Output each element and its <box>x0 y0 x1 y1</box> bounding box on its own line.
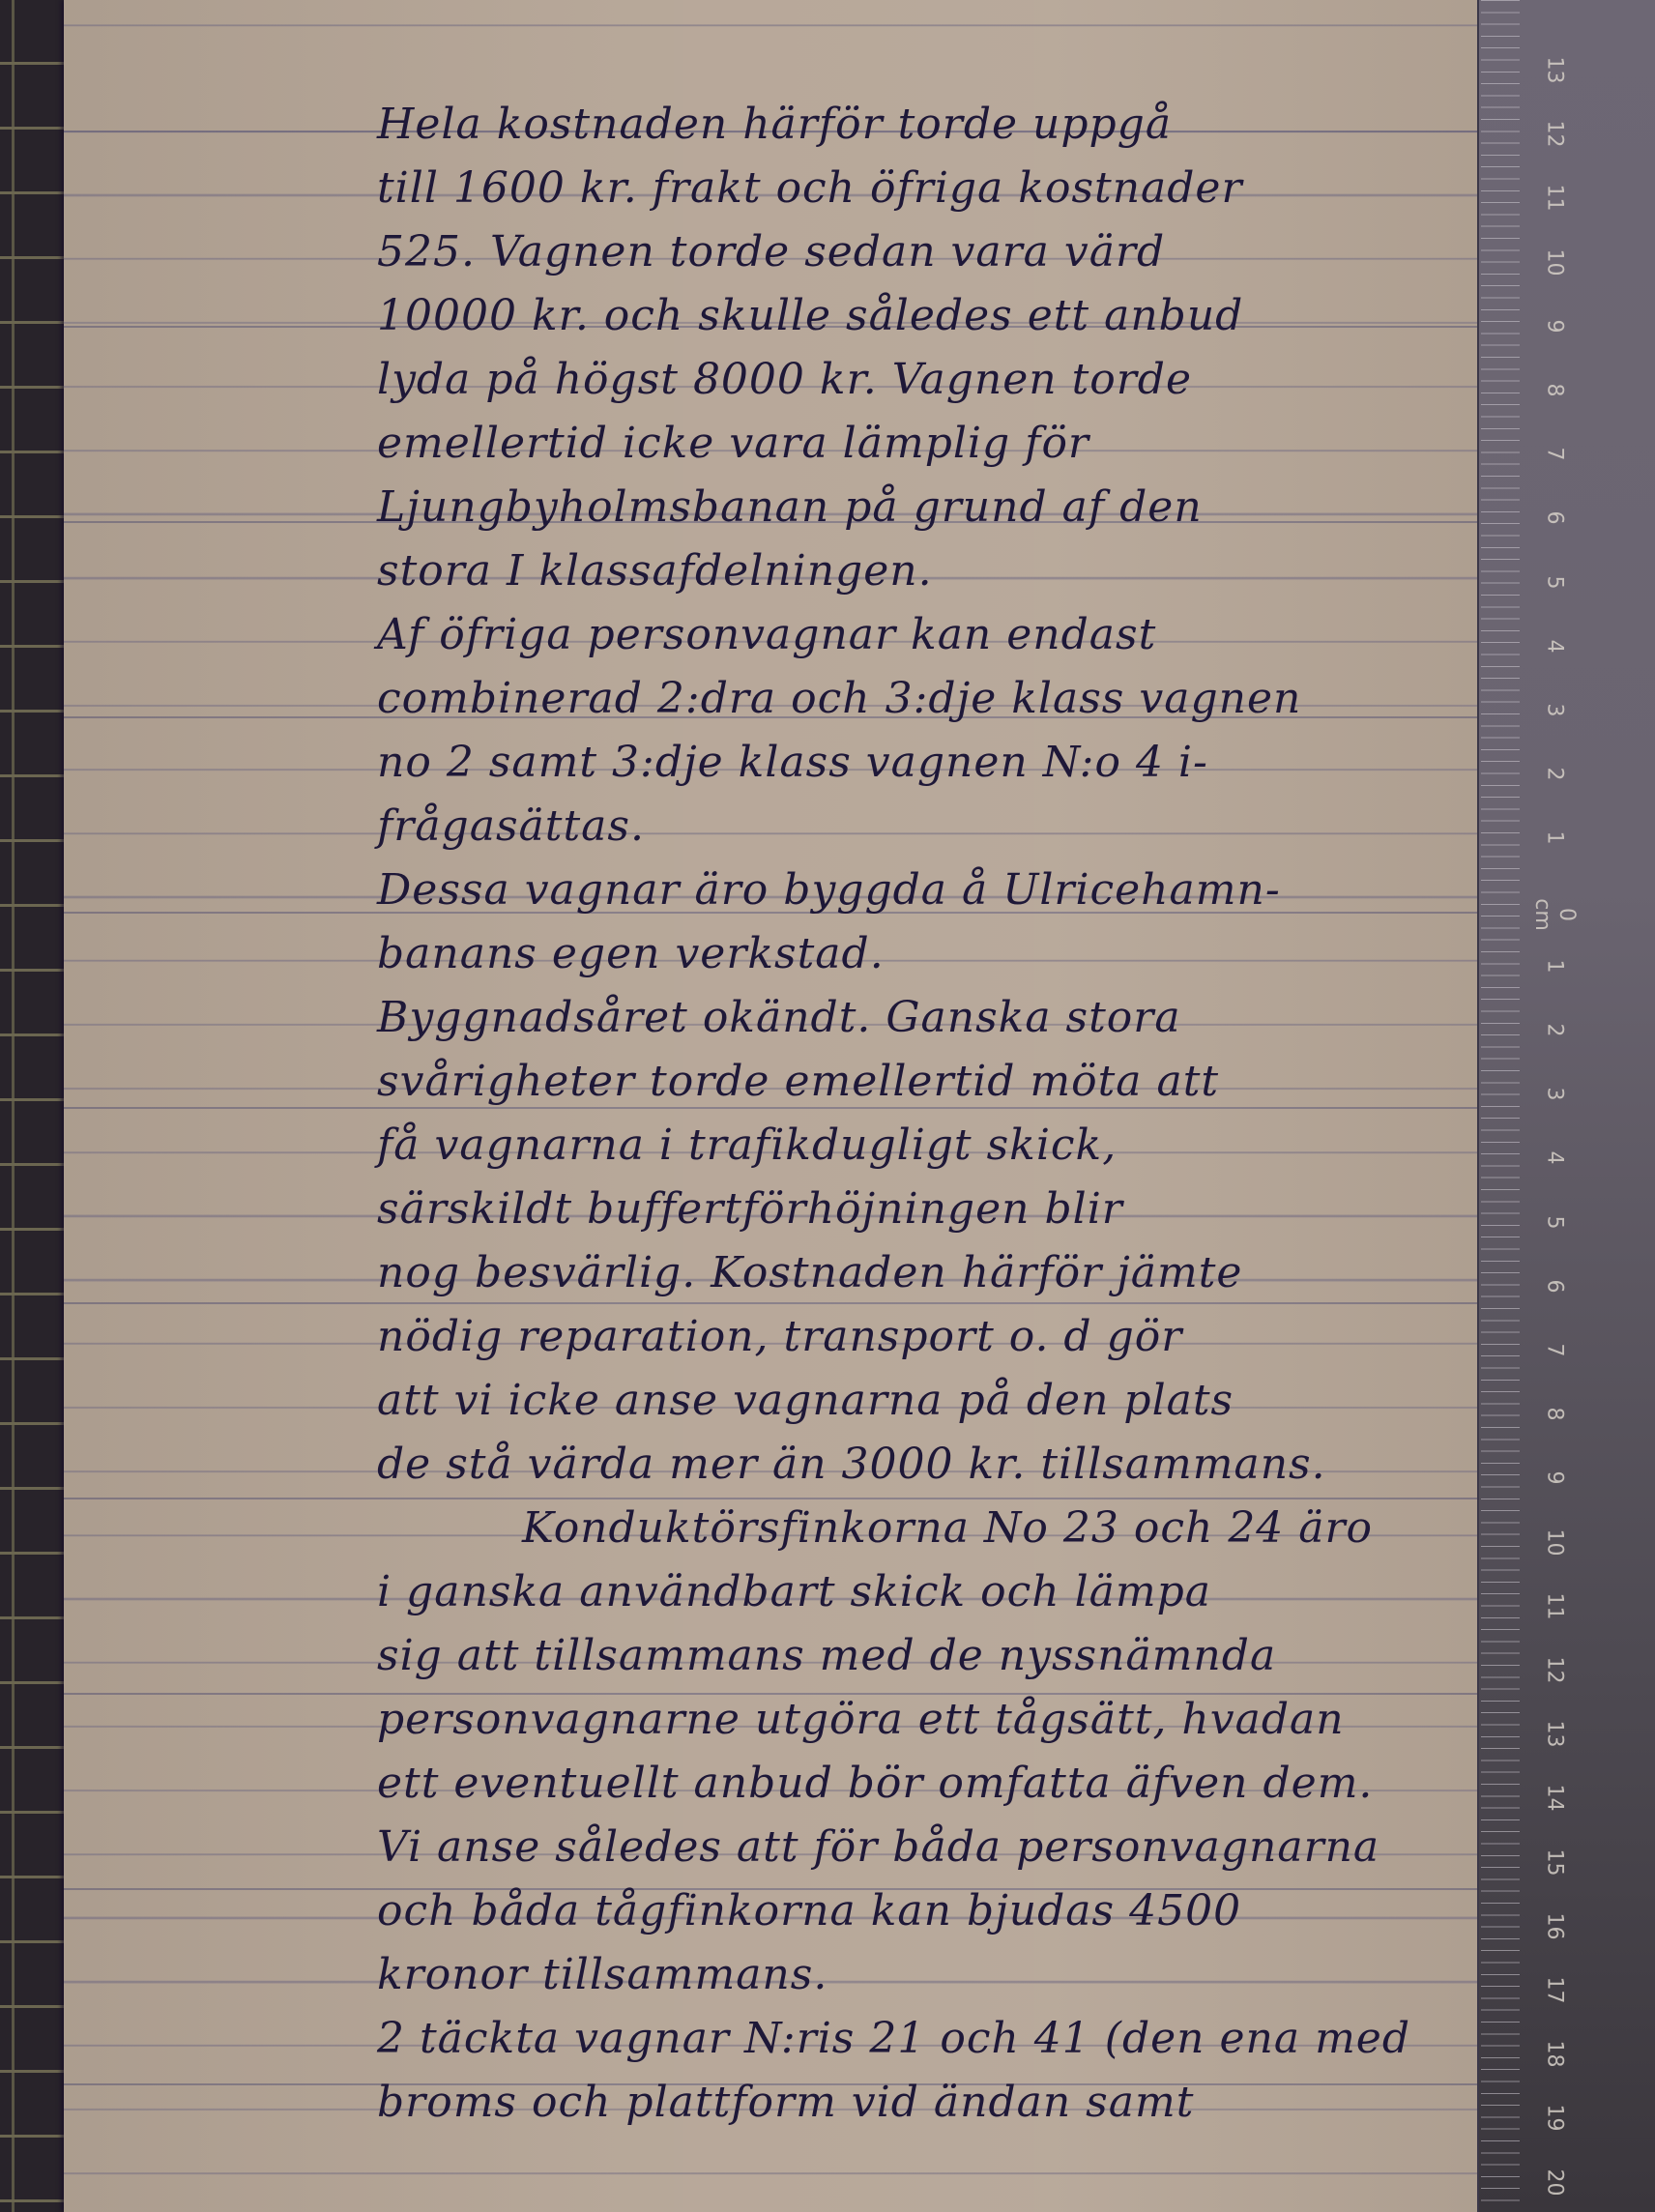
ruler-number: 10 <box>1543 243 1567 281</box>
measuring-ruler: 131211109876543210 cm1234567891011121314… <box>1477 0 1655 2212</box>
ruler-number: 13 <box>1543 51 1567 90</box>
ruler-number: 16 <box>1543 1906 1567 1945</box>
text-line: combinerad 2:dra och 3:dje klass vagnen <box>377 667 1479 731</box>
ruler-number: 7 <box>1543 435 1567 474</box>
text-line: de stå värda mer än 3000 kr. tillsammans… <box>377 1433 1479 1497</box>
ruler-number: 9 <box>1543 1459 1567 1498</box>
ruler-number: 6 <box>1543 1266 1567 1305</box>
handwritten-text: Hela kostnaden härför torde uppgå till 1… <box>377 93 1479 2135</box>
text-line: att vi icke anse vagnarna på den plats <box>377 1369 1479 1433</box>
text-line-indented: Konduktörsfinkorna No 23 och 24 äro <box>377 1497 1479 1560</box>
ruler-number: 14 <box>1543 1779 1567 1818</box>
text-line: emellertid icke vara lämplig för <box>377 412 1479 476</box>
text-line: Dessa vagnar äro byggda å Ulricehamn- <box>377 859 1479 922</box>
text-line: i ganska användbart skick och lämpa <box>377 1560 1479 1624</box>
ruler-number: 5 <box>1543 563 1567 601</box>
text-line: och båda tågfinkorna kan bjudas 4500 <box>377 1879 1479 1943</box>
ruler-number: 4 <box>1543 626 1567 665</box>
ruler-number: 11 <box>1543 1586 1567 1625</box>
text-line: lyda på högst 8000 kr. Vagnen torde <box>377 348 1479 412</box>
ruler-number: 5 <box>1543 1203 1567 1241</box>
ruler-number: 8 <box>1543 371 1567 410</box>
ruler-number: 9 <box>1543 306 1567 345</box>
text-line: Af öfriga personvagnar kan endast <box>377 603 1479 667</box>
text-line: Byggnadsåret okändt. Ganska stora <box>377 986 1479 1050</box>
ruler-number: 17 <box>1543 1971 1567 2010</box>
text-line: stora I klassafdelningen. <box>377 539 1479 603</box>
text-line: Hela kostnaden härför torde uppgå <box>377 93 1479 157</box>
text-line: Vi anse således att för båda personvagna… <box>377 1816 1479 1879</box>
ruler-number: 3 <box>1543 691 1567 730</box>
text-line: särskildt buffertförhöjningen blir <box>377 1178 1479 1241</box>
ruler-number: 12 <box>1543 115 1567 154</box>
ruler-number: 19 <box>1543 2099 1567 2138</box>
ruler-number: 8 <box>1543 1395 1567 1434</box>
ruler-number: 2 <box>1543 755 1567 794</box>
ruler-number: 10 <box>1543 1523 1567 1561</box>
text-line: 525. Vagnen torde sedan vara värd <box>377 220 1479 284</box>
text-line: 2 täckta vagnar N:ris 21 och 41 (den ena… <box>377 2007 1479 2071</box>
text-line: nog besvärlig. Kostnaden härför jämte <box>377 1241 1479 1305</box>
text-line: få vagnarna i trafikdugligt skick, <box>377 1114 1479 1178</box>
text-line: banans egen verkstad. <box>377 922 1479 986</box>
ruler-number: 7 <box>1543 1331 1567 1370</box>
ruler-number: 3 <box>1543 1075 1567 1114</box>
text-line: personvagnarne utgöra ett tågsätt, hvada… <box>377 1688 1479 1752</box>
ruler-number: 13 <box>1543 1715 1567 1754</box>
ruler-number: 1 <box>1543 946 1567 985</box>
ruler-number: 20 <box>1543 2163 1567 2201</box>
ruler-number: 15 <box>1543 1843 1567 1881</box>
ruler-number: 2 <box>1543 1011 1567 1050</box>
ruler-ticks <box>1481 0 1520 2212</box>
ruler-number: 11 <box>1543 179 1567 218</box>
ruler-number: 1 <box>1543 819 1567 858</box>
ruler-number: 6 <box>1543 499 1567 538</box>
text-line: svårigheter torde emellertid möta att <box>377 1050 1479 1114</box>
ruler-number: 12 <box>1543 1651 1567 1690</box>
text-line: Ljungbyholmsbanan på grund af den <box>377 476 1479 539</box>
text-line: kronor tillsammans. <box>377 1943 1479 2007</box>
text-line: ett eventuellt anbud bör omfatta äfven d… <box>377 1752 1479 1816</box>
ruler-number: 18 <box>1543 2035 1567 2074</box>
text-line: nödig reparation, transport o. d gör <box>377 1305 1479 1369</box>
text-line: 10000 kr. och skulle således ett anbud <box>377 284 1479 348</box>
ruler-number: 4 <box>1543 1139 1567 1178</box>
text-line: no 2 samt 3:dje klass vagnen N:o 4 i- <box>377 731 1479 795</box>
text-line: sig att tillsammans med de nyssnämnda <box>377 1624 1479 1688</box>
text-line: till 1600 kr. frakt och öfriga kostnader <box>377 157 1479 220</box>
text-line: frågasättas. <box>377 795 1479 859</box>
ruler-number: 0 cm <box>1530 895 1579 934</box>
text-line: broms och plattform vid ändan samt <box>377 2071 1479 2135</box>
